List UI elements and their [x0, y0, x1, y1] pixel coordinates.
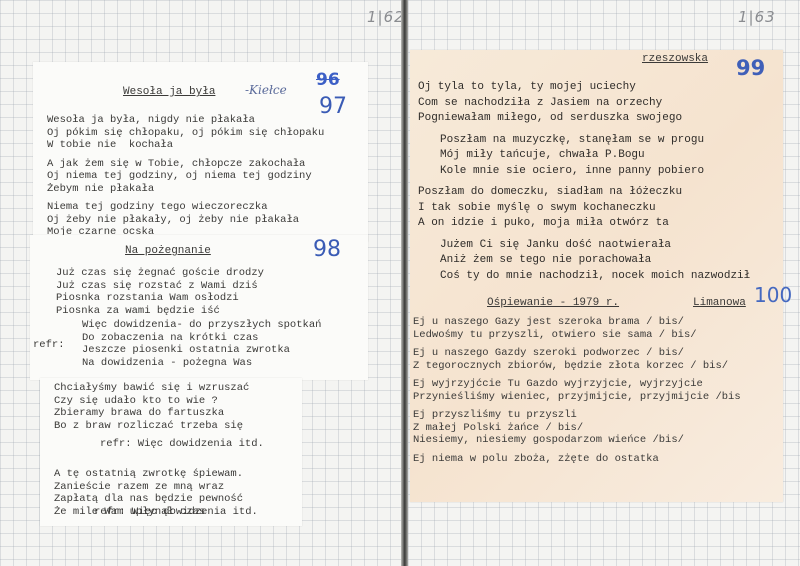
stanza: Wesoła ja była, nigdy nie płakała Oj pók…	[47, 114, 324, 152]
handwritten-region-note: -Kiełce	[245, 83, 287, 97]
stanza: Ej niema w polu zboża, zżęte do ostatka	[413, 453, 741, 466]
song-region: Limanowa	[693, 297, 746, 309]
stanza: Poszłam na muzyczkę, stanęłam se w progu…	[418, 133, 750, 180]
song-lyrics: Ej u naszego Gazy jest szeroka brama / b…	[413, 316, 741, 471]
song-title: Wesoła ja była	[123, 86, 215, 98]
page-number-left: 1|62	[367, 8, 405, 26]
song-title: rzeszowska	[642, 53, 708, 65]
stanza: Chciałyśmy bawić się i wzruszać Czy się …	[54, 382, 249, 432]
song-lyrics: Już czas się żegnać goście drodzy Już cz…	[56, 267, 264, 317]
refrain-repeat: refr: Więc dowidzenia itd.	[100, 438, 264, 451]
stanza: Ej u naszego Gazy jest szeroka brama / b…	[413, 316, 741, 341]
stanza: Jużem Ci się Janku dość naotwierała Aniż…	[418, 238, 750, 285]
song-number: 98	[313, 237, 341, 262]
crossed-out-number: 96	[316, 70, 340, 90]
song-lyrics: Oj tyla to tyla, ty mojej uciechy Com se…	[418, 80, 750, 290]
stanza: Ej u naszego Gazdy szeroki podworzec / b…	[413, 347, 741, 372]
pasted-slip-song-97: Wesoła ja była -Kiełce 96 97 Wesoła ja b…	[33, 62, 368, 242]
right-notebook-page: 1|63 rzeszowska 99 Oj tyla to tyla, ty m…	[408, 0, 800, 566]
stanza: Ej przyszliśmy tu przyszli Z małej Polsk…	[413, 409, 741, 447]
refrain-lyrics: Więc dowidzenia- do przyszłych spotkań D…	[82, 319, 321, 369]
stanza: Niema tej godziny tego wieczoreczka Oj ż…	[47, 201, 324, 239]
song-title: Ośpiewanie - 1979 r.	[487, 297, 619, 309]
pasted-slip-song-98-part2: Chciałyśmy bawić się i wzruszać Czy się …	[40, 378, 302, 526]
song-lyrics: Chciałyśmy bawić się i wzruszać Czy się …	[54, 382, 249, 432]
song-number: 100	[754, 283, 792, 307]
page-number-right: 1|63	[738, 8, 776, 26]
stanza: Oj tyla to tyla, ty mojej uciechy Com se…	[418, 80, 750, 127]
refrain-repeat-final: refr: Więc dowidzenia itd.	[94, 506, 258, 519]
stanza: Ej wyjrzyjćcie Tu Gazdo wyjrzyjcie, wyjr…	[413, 378, 741, 403]
song-number: 99	[736, 56, 765, 80]
stanza: Już czas się żegnać goście drodzy Już cz…	[56, 267, 264, 317]
stanza: Więc dowidzenia- do przyszłych spotkań D…	[82, 319, 321, 369]
song-title: Na pożegnanie	[125, 245, 211, 257]
refrain-label: refr:	[33, 339, 65, 352]
pasted-slip-songs-99-100: rzeszowska 99 Oj tyla to tyla, ty mojej …	[410, 50, 783, 502]
left-notebook-page: 1|62 Wesoła ja była -Kiełce 96 97 Wesoła…	[0, 0, 403, 566]
stanza: A jak żem się w Tobie, chłopcze zakochał…	[47, 158, 324, 196]
song-lyrics: Wesoła ja była, nigdy nie płakała Oj pók…	[47, 114, 324, 245]
stanza: Poszłam do domeczku, siadłam na łóżeczku…	[418, 185, 750, 232]
pasted-slip-song-98-part1: Na pożegnanie 98 Już czas się żegnać goś…	[30, 235, 368, 380]
